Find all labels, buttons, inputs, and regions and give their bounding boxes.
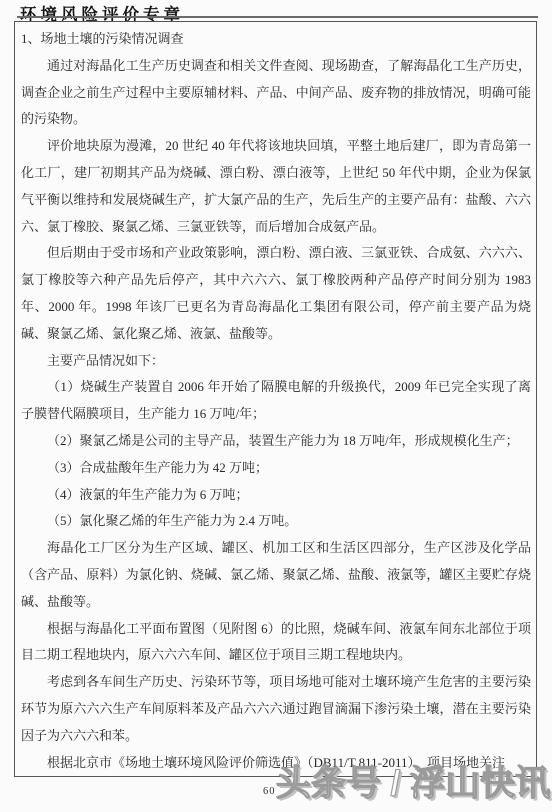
list-item-1: （1）烧碱生产装置自 2006 年开始了隔膜电解的升级换代，2009 年已完全实…: [21, 374, 531, 428]
list-item-2: （2）聚氯乙烯是公司的主导产品，装置生产能力为 18 万吨/年，形成规模化生产；: [21, 428, 531, 455]
title-underline-rule: [17, 16, 538, 18]
list-item-3: （3）合成盐酸年生产能力为 42 万吨；: [21, 455, 531, 482]
section-heading: 1、场地土壤的污染情况调查: [21, 26, 531, 53]
paragraph: 主要产品情况如下：: [21, 348, 531, 375]
list-item-5: （5）氯化聚乙烯的年生产能力为 2.4 万吨。: [21, 508, 531, 535]
paragraph: 考虑到各车间生产历史、污染环节等，项目场地可能对土壤环境产生危害的主要污染环节为…: [21, 669, 531, 749]
paragraph: 但后期由于受市场和产业政策影响，漂白粉、漂白液、三氯亚铁、合成氨、六六六、氯丁橡…: [21, 240, 531, 347]
paragraph: 通过对海晶化工生产历史调查和相关文件查阅、现场勘查，了解海晶化工生产历史，调查企…: [21, 53, 531, 133]
list-item-4: （4）液氯的年生产能力为 6 万吨；: [21, 482, 531, 509]
paragraph: 海晶化工厂区分为生产区域、罐区、机加工区和生活区四部分，生产区涉及化学品（含产品…: [21, 535, 531, 615]
paragraph: 评价地块原为漫滩，20 世纪 40 年代将该地块回填，平整土地后建厂，即为青岛第…: [21, 133, 531, 240]
document-page: 环境风险评价专章 1、场地土壤的污染情况调查 通过对海晶化工生产历史调查和相关文…: [0, 0, 552, 812]
paragraph: 根据与海晶化工平面布置图（见附图 6）的比照，烧碱车间、液氯车间东北部位于项目二…: [21, 616, 531, 670]
page-number: 60: [263, 786, 276, 797]
watermark-text: 头条号 / 浮山快讯: [276, 756, 550, 806]
content-box: 1、场地土壤的污染情况调查 通过对海晶化工生产历史调查和相关文件查阅、现场勘查，…: [14, 21, 537, 777]
